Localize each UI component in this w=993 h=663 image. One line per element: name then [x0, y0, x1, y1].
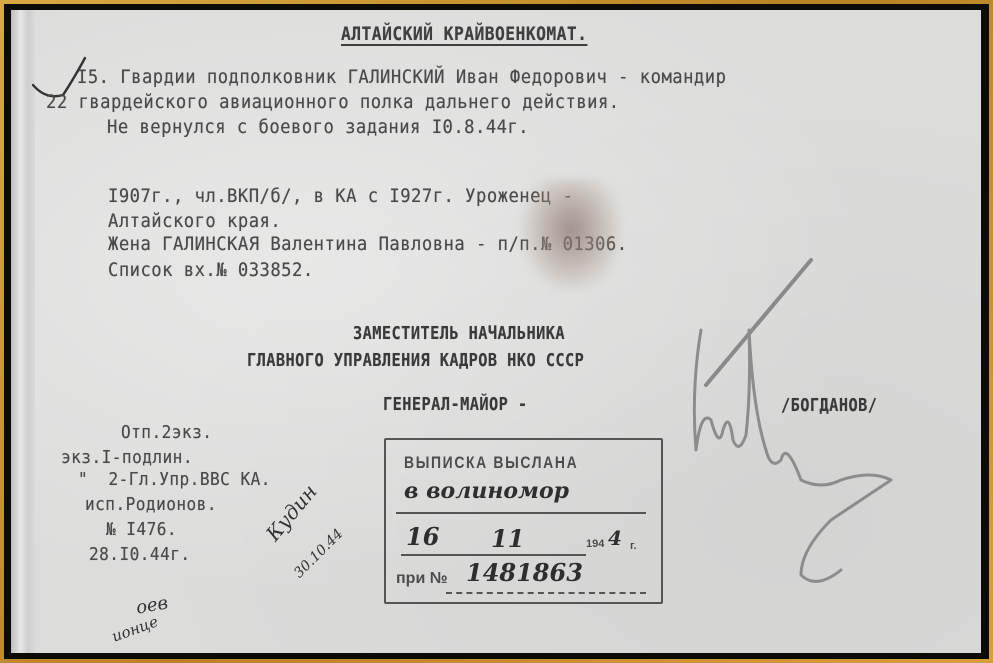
- stamp-title: ВЫПИСКА ВЫСЛАНА: [404, 453, 578, 473]
- stamp-year-label: г.: [630, 540, 637, 552]
- dispatch-note-3: " 2-Гл.Упр.ВВС КА.: [78, 470, 271, 490]
- dispatch-stamp: ВЫПИСКА ВЫСЛАНА в волиномор 16 11 194 4 …: [384, 438, 663, 604]
- stamp-number-label: при №: [396, 570, 448, 588]
- dispatch-note-6: 28.I0.44г.: [89, 545, 191, 565]
- stamp-month: 11: [491, 524, 524, 553]
- dispatch-note-4: исп.Родионов.: [85, 495, 217, 515]
- stamp-number: 1481863: [466, 558, 583, 587]
- archival-document: АЛТАЙСКИЙ КРАЙВОЕНКОМАТ. I5. Гвардии под…: [11, 10, 981, 653]
- stamp-destination-line: [396, 512, 646, 514]
- stamp-day: 16: [406, 522, 439, 551]
- dispatch-note-5: № I476.: [106, 520, 177, 540]
- stamp-year-prefix: 194: [586, 538, 604, 550]
- dispatch-note-2: экз.I-подлин.: [61, 448, 193, 468]
- stamp-year-suffix: 4: [608, 526, 622, 550]
- dispatch-note-1: Отп.2экз.: [121, 423, 212, 443]
- stamp-destination: в волиномор: [404, 478, 569, 504]
- stamp-date-line: [401, 554, 586, 556]
- stamp-number-line: [446, 592, 646, 594]
